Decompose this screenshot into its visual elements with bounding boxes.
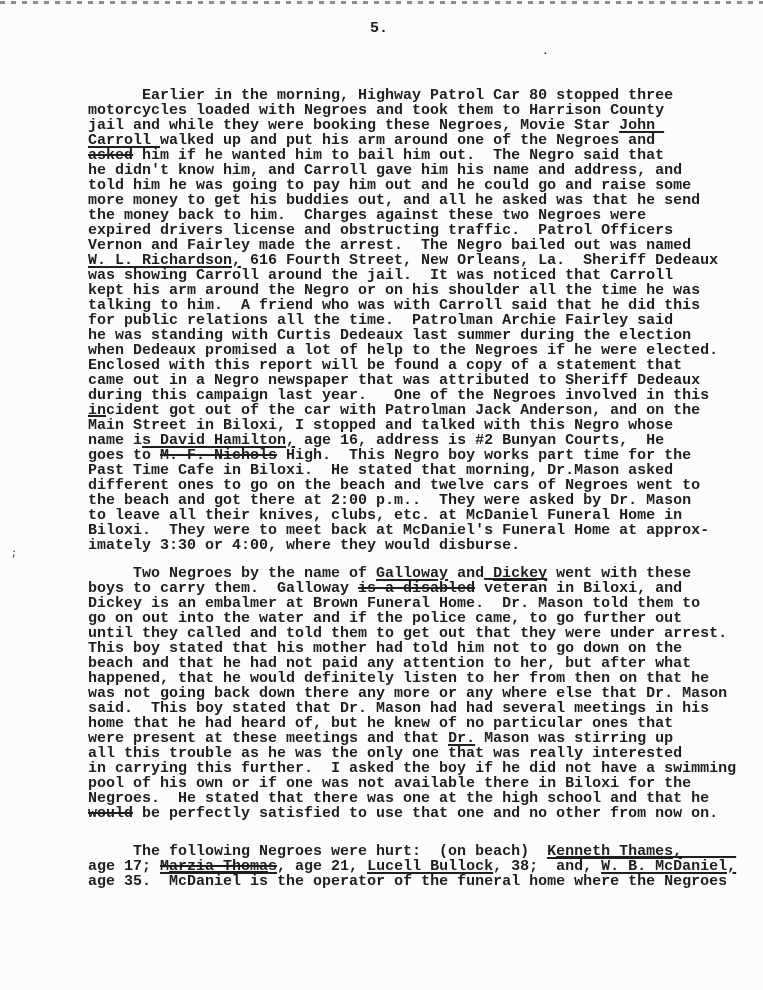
document-page: 5. . ; Earlier in the morning, Highway P… <box>0 0 763 990</box>
text-line: when Dedeaux promised a lot of help to t… <box>88 343 748 358</box>
paragraph: The following Negroes were hurt: (on bea… <box>88 844 748 889</box>
paragraph: Two Negroes by the name of Galloway and … <box>88 566 748 821</box>
text-line: more money to get his buddies out, and a… <box>88 193 748 208</box>
text-run: the operator of the funeral home where t… <box>268 873 727 890</box>
text-line: This boy stated that his mother had told… <box>88 641 748 656</box>
text-line: was showing Carroll around the jail. It … <box>88 268 748 283</box>
text-line: the money back to him. Charges against t… <box>88 208 748 223</box>
text-line: imately 3:30 or 4:00, where they would d… <box>88 538 748 553</box>
text-line: motorcycles loaded with Negroes and took… <box>88 103 748 118</box>
text-line: asked him if he wanted him to bail him o… <box>88 148 748 163</box>
scan-speck: . <box>542 46 549 58</box>
text-line: Dickey is an embalmer at Brown Funeral H… <box>88 596 748 611</box>
text-line: in carrying this further. I asked the bo… <box>88 761 748 776</box>
text-run: age 35. <box>88 873 169 890</box>
page-number: 5. <box>370 20 388 37</box>
text-line: Carroll walked up and put his arm around… <box>88 133 748 148</box>
text-line: W. L. Richardson, 616 Fourth Street, New… <box>88 253 748 268</box>
text-line: were present at these meetings and that … <box>88 731 748 746</box>
text-line: Past Time Cafe in Biloxi. He stated that… <box>88 463 748 478</box>
text-line: the beach and got there at 2:00 p.m.. Th… <box>88 493 748 508</box>
text-run: imately 3:30 or 4:00, where they would d… <box>88 537 520 554</box>
text-line: Negroes. He stated that there was one at… <box>88 791 748 806</box>
text-line: came out in a Negro newspaper that was a… <box>88 373 748 388</box>
text-run: McDaniel is <box>169 873 268 890</box>
text-line: boys to carry them. Galloway is a disabl… <box>88 581 748 596</box>
text-line: Earlier in the morning, Highway Patrol C… <box>88 88 748 103</box>
text-line: kept his arm around the Negro or on his … <box>88 283 748 298</box>
text-line: for public relations all the time. Patro… <box>88 313 748 328</box>
text-line: Biloxi. They were to meet back at McDani… <box>88 523 748 538</box>
text-line: name is David Hamilton, age 16, address … <box>88 433 748 448</box>
text-line: incident got out of the car with Patrolm… <box>88 403 748 418</box>
stray-mark: ; <box>11 549 17 560</box>
text-line: told him he was going to pay him out and… <box>88 178 748 193</box>
text-line: Main Street in Biloxi, I stopped and tal… <box>88 418 748 433</box>
text-line: to leave all their knives, clubs, etc. a… <box>88 508 748 523</box>
text-line: was not going back down there any more o… <box>88 686 748 701</box>
perforated-edge <box>0 1 763 4</box>
text-line: he didn't know him, and Carroll gave him… <box>88 163 748 178</box>
text-line: Two Negroes by the name of Galloway and … <box>88 566 748 581</box>
text-line: goes to M. F. Nichols High. This Negro b… <box>88 448 748 463</box>
text-line: during this campaign last year. One of t… <box>88 388 748 403</box>
text-line: Vernon and Fairley made the arrest. The … <box>88 238 748 253</box>
text-line: The following Negroes were hurt: (on bea… <box>88 844 748 859</box>
text-line: all this trouble as he was the only one … <box>88 746 748 761</box>
text-line: pool of his own or if one was not availa… <box>88 776 748 791</box>
text-line: would be perfectly satisfied to use that… <box>88 806 748 821</box>
document-body: Earlier in the morning, Highway Patrol C… <box>88 88 748 889</box>
text-line: home that he had heard of, but he knew o… <box>88 716 748 731</box>
text-run: would <box>88 805 133 822</box>
paragraph: Earlier in the morning, Highway Patrol C… <box>88 88 748 553</box>
text-line: talking to him. A friend who was with Ca… <box>88 298 748 313</box>
text-line: said. This boy stated that Dr. Mason had… <box>88 701 748 716</box>
text-line: expired drivers license and obstructing … <box>88 223 748 238</box>
text-line: until they called and told them to get o… <box>88 626 748 641</box>
text-line: beach and that he had not paid any atten… <box>88 656 748 671</box>
text-line: age 35. McDaniel is the operator of the … <box>88 874 748 889</box>
text-line: go on out into the water and if the poli… <box>88 611 748 626</box>
text-run: be perfectly satisfied to use that one a… <box>133 805 718 822</box>
text-line: age 17; Marzia Thomas, age 21, Lucell Bu… <box>88 859 748 874</box>
text-line: he was standing with Curtis Dedeaux last… <box>88 328 748 343</box>
text-line: different ones to go on the beach and tw… <box>88 478 748 493</box>
text-line: jail and while they were booking these N… <box>88 118 748 133</box>
text-line: happened, that he would definitely liste… <box>88 671 748 686</box>
text-line: Enclosed with this report will be found … <box>88 358 748 373</box>
